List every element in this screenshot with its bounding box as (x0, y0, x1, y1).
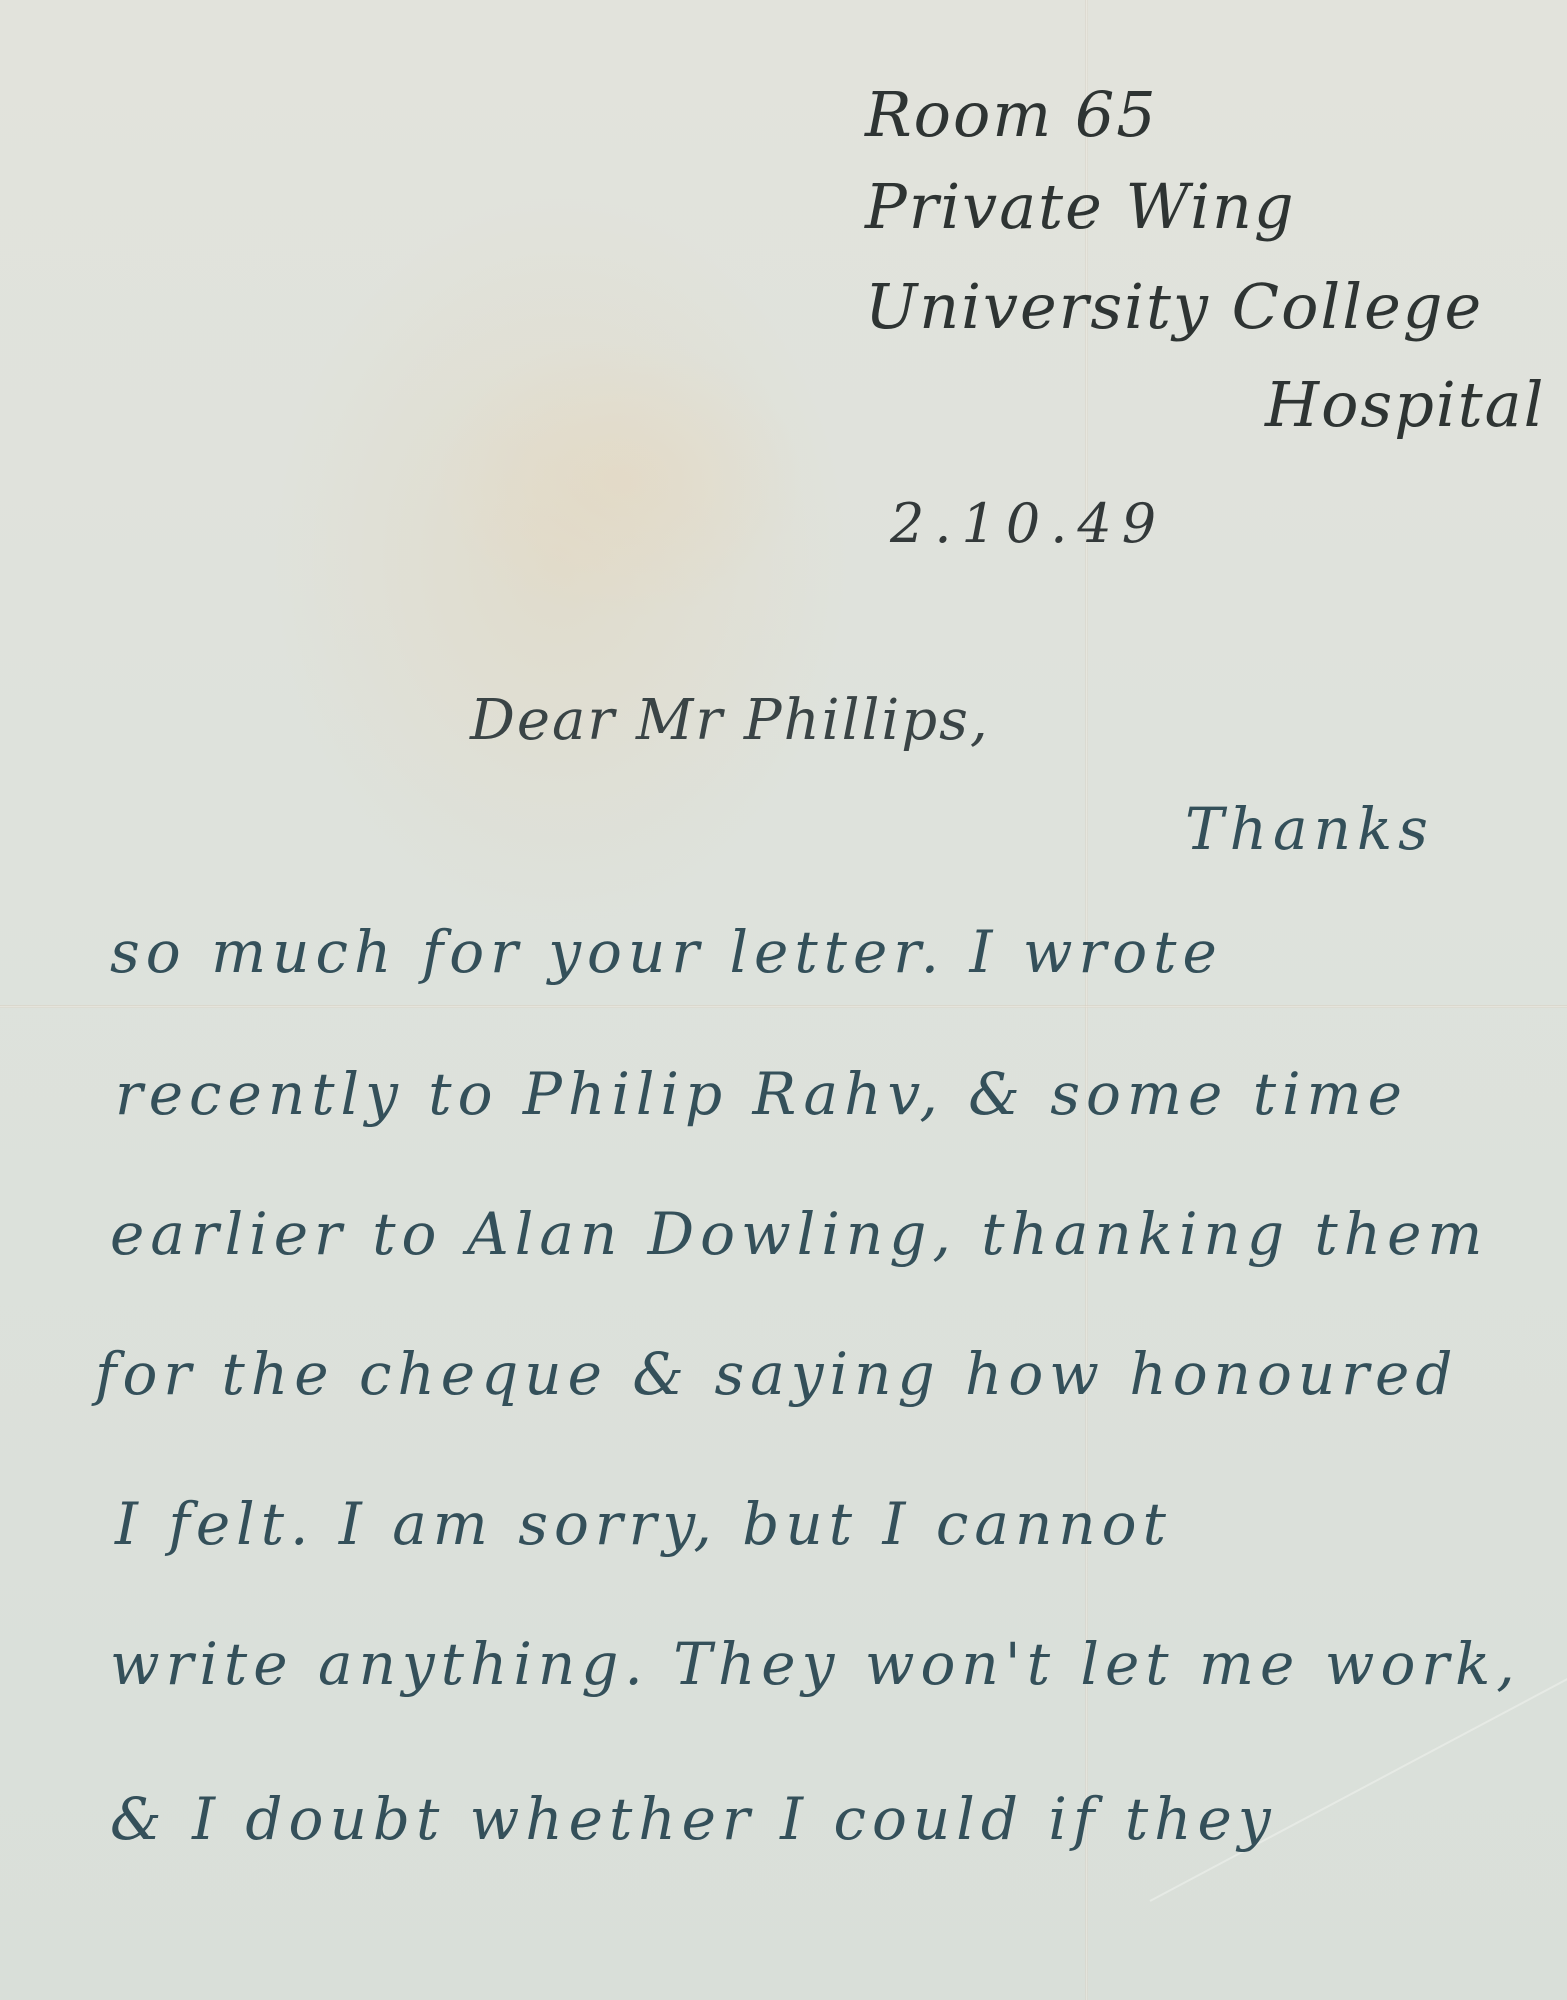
address-line-hospital: Hospital (1265, 368, 1545, 441)
body-line-4: earlier to Alan Dowling, thanking them (110, 1200, 1488, 1268)
body-line-6: I felt. I am sorry, but I cannot (115, 1490, 1172, 1558)
horizontal-fold-line (0, 1005, 1567, 1008)
body-line-2: so much for your letter. I wrote (110, 918, 1223, 986)
body-line-1: Thanks (1185, 795, 1434, 863)
body-line-3: recently to Philip Rahv, & some time (115, 1060, 1408, 1128)
salutation: Dear Mr Phillips, (470, 688, 990, 753)
body-line-7: write anything. They won't let me work, (110, 1630, 1521, 1698)
address-line-room: Room 65 (865, 78, 1158, 151)
letter-date: 2.10.49 (890, 492, 1166, 555)
letter-sheet: Room 65 Private Wing University College … (0, 0, 1567, 2000)
body-line-8: & I doubt whether I could if they (110, 1785, 1277, 1853)
address-line-wing: Private Wing (865, 170, 1296, 243)
body-line-5: for the cheque & saying how honoured (95, 1340, 1458, 1408)
address-line-college: University College (865, 270, 1483, 343)
